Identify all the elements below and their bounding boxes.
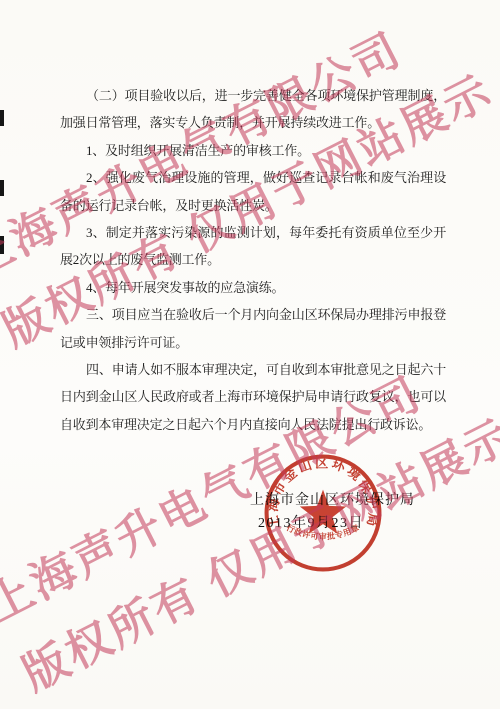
svg-text:行政许可审批专用章: 行政许可审批专用章 — [285, 522, 361, 541]
paragraph-section-3: 三、项目应当在验收后一个月内向金山区环保局办理排污申报登记或申领排污许可证。 — [60, 301, 446, 356]
paragraph-item-2: 2、强化废气治理设施的管理，做好巡查记录台帐和废气治理设备的运行记录台帐，及时更… — [60, 164, 446, 219]
seal-star-icon — [300, 490, 346, 534]
scanned-document-page: （二）项目验收以后，进一步完善健全各项环境保护管理制度，加强日常管理，落实专人负… — [0, 0, 500, 709]
paragraph-item-1: 1、及时组织开展清洁生产的审核工作。 — [60, 137, 446, 164]
official-seal-stamp: 上海市金山区环境保护局 行政许可审批专用章 — [262, 452, 384, 574]
paragraph-item-3: 3、制定并落实污染源的监测计划，每年委托有资质单位至少开展2次以上的废气监测工作… — [60, 219, 446, 274]
paragraph-item-4: 4、每年开展突发事故的应急演练。 — [60, 274, 446, 301]
paragraph-measures-intro: （二）项目验收以后，进一步完善健全各项环境保护管理制度，加强日常管理，落实专人负… — [60, 82, 446, 137]
scan-artifact — [0, 180, 4, 196]
scan-artifact — [0, 110, 4, 126]
scan-artifact — [0, 236, 4, 254]
document-body: （二）项目验收以后，进一步完善健全各项环境保护管理制度，加强日常管理，落实专人负… — [60, 82, 446, 438]
paragraph-section-4: 四、申请人如不服本审理决定，可自收到本审批意见之日起六十日内到金山区人民政府或者… — [60, 356, 446, 438]
seal-bottom-text: 行政许可审批专用章 — [285, 522, 361, 541]
